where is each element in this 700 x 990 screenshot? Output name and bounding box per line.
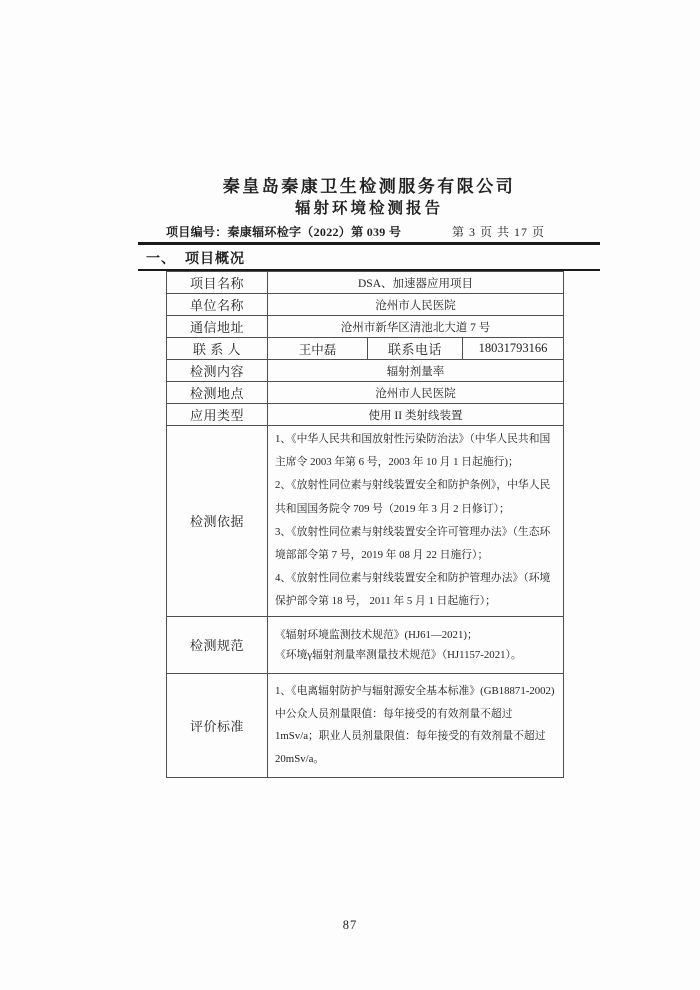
table-row-evaluation-criteria: 评价标准 1、《电离辐射防护与辐射源安全基本标准》(GB18871-2002) … — [167, 673, 564, 777]
table-row-address: 通信地址 沧州市新华区清池北大道 7 号 — [167, 316, 564, 338]
project-overview-table: 项目名称 DSA、加速器应用项目 单位名称 沧州市人民医院 通信地址 沧州市新华… — [166, 271, 564, 778]
evaluation-criteria-cell: 1、《电离辐射防护与辐射源安全基本标准》(GB18871-2002) 中公众人员… — [268, 673, 564, 777]
report-title: 辐射环境检测报告 — [138, 199, 600, 218]
table-row-unit-name: 单位名称 沧州市人民医院 — [167, 294, 564, 316]
row-label: 检测内容 — [167, 360, 268, 382]
standards-line: 《辐射环境监测技术规范》(HJ61—2021)； — [275, 625, 559, 645]
row-label: 检测依据 — [167, 426, 268, 617]
detection-basis-cell: 1、《中华人民共和国放射性污染防治法》（中华人民共和国主席令 2003 年第 6… — [268, 426, 564, 617]
table-row-detection-basis: 检测依据 1、《中华人民共和国放射性污染防治法》（中华人民共和国主席令 2003… — [167, 426, 564, 617]
report-content: 秦皇岛秦康卫生检测服务有限公司 辐射环境检测报告 项目编号：秦康辐环检字（202… — [138, 176, 600, 778]
row-value: DSA、加速器应用项目 — [268, 272, 564, 294]
row-label-phone: 联系电话 — [368, 338, 463, 360]
row-value: 沧州市人民医院 — [268, 294, 564, 316]
report-meta-row: 项目编号：秦康辐环检字（2022）第 039 号 第 3 页 共 17 页 — [138, 223, 600, 245]
table-row-contact: 联 系 人 王中磊 联系电话 18031793166 — [167, 338, 564, 360]
basis-item: 3、《放射性同位素与射线装置安全许可管理办法》（生态环境部部令第 7 号，201… — [275, 521, 559, 567]
row-label: 单位名称 — [167, 294, 268, 316]
table-row-detection-content: 检测内容 辐射剂量率 — [167, 360, 564, 382]
page-footer-number: 87 — [0, 918, 700, 933]
row-label: 项目名称 — [167, 272, 268, 294]
table-row-detection-standards: 检测规范 《辐射环境监测技术规范》(HJ61—2021)； 《环境γ辐射剂量率测… — [167, 616, 564, 673]
table-row-detection-site: 检测地点 沧州市人民医院 — [167, 382, 564, 404]
report-page: 秦皇岛秦康卫生检测服务有限公司 辐射环境检测报告 项目编号：秦康辐环检字（202… — [0, 0, 700, 990]
table-row-application-type: 应用类型 使用 II 类射线装置 — [167, 404, 564, 426]
row-label: 联 系 人 — [167, 338, 268, 360]
row-value: 辐射剂量率 — [268, 360, 564, 382]
project-number: 项目编号：秦康辐环检字（2022）第 039 号 — [166, 223, 401, 240]
company-title: 秦皇岛秦康卫生检测服务有限公司 — [138, 176, 600, 198]
detection-standards-cell: 《辐射环境监测技术规范》(HJ61—2021)； 《环境γ辐射剂量率测量技术规范… — [268, 616, 564, 673]
row-label: 检测地点 — [167, 382, 268, 404]
criteria-text: 1、《电离辐射防护与辐射源安全基本标准》(GB18871-2002) 中公众人员… — [275, 680, 558, 770]
basis-item: 4、《放射性同位素与射线装置安全和防护管理办法》（环境保护部令第 18 号， 2… — [275, 567, 559, 613]
page-indicator: 第 3 页 共 17 页 — [452, 223, 545, 240]
row-label: 检测规范 — [167, 616, 268, 673]
row-label: 评价标准 — [167, 673, 268, 777]
row-value: 沧州市人民医院 — [268, 382, 564, 404]
row-label: 应用类型 — [167, 404, 268, 426]
row-label: 通信地址 — [167, 316, 268, 338]
table-row-project-name: 项目名称 DSA、加速器应用项目 — [167, 272, 564, 294]
basis-item: 2、《放射性同位素与射线装置安全和防护条例》，中华人民共和国国务院令 709 号… — [275, 474, 559, 520]
contact-phone: 18031793166 — [463, 338, 564, 360]
contact-name: 王中磊 — [268, 338, 368, 360]
row-value: 使用 II 类射线装置 — [268, 404, 564, 426]
row-value: 沧州市新华区清池北大道 7 号 — [268, 316, 564, 338]
basis-item: 1、《中华人民共和国放射性污染防治法》（中华人民共和国主席令 2003 年第 6… — [275, 428, 559, 474]
section-heading-project-overview: 一、 项目概况 — [138, 245, 600, 271]
standards-line: 《环境γ辐射剂量率测量技术规范》（HJ1157-2021）。 — [275, 645, 559, 665]
